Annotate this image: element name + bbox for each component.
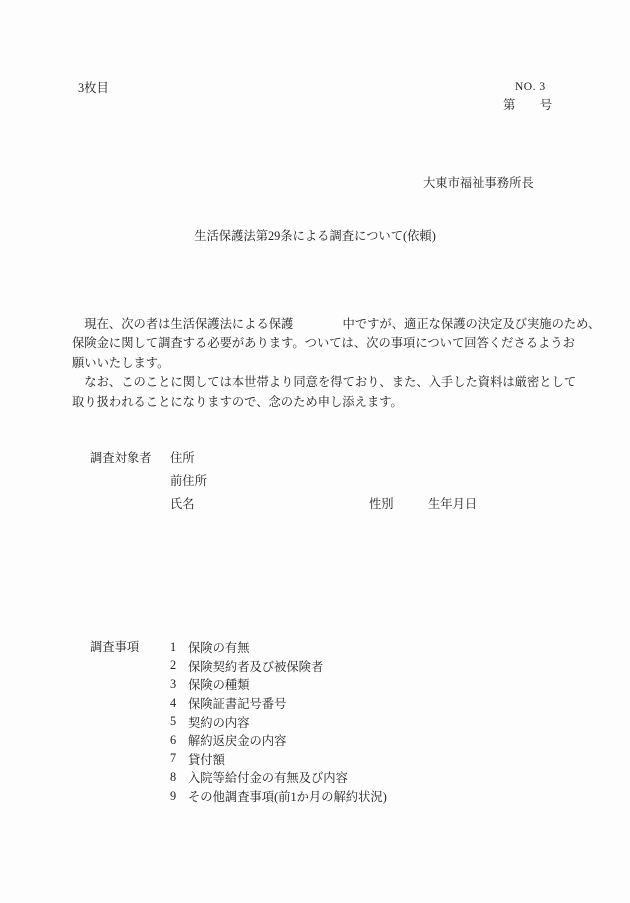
item-text: 保険証書記号番号 [188,694,286,712]
item-number: 2 [170,658,188,673]
subject-previous-address-label: 前住所 [170,474,207,488]
item-text: 入院等給付金の有無及び内容 [188,768,348,786]
item-number: 7 [170,751,188,766]
item-number: 8 [170,770,188,785]
subject-address-label: 住所 [170,451,195,465]
sheet-number-label: 3枚目 [78,81,109,95]
item-text: 貸付額 [188,750,225,768]
list-item: 4 保険証書記号番号 [170,694,387,713]
item-number: 9 [170,789,188,804]
recipient-line: 大東市福祉事務所長 [423,176,534,190]
subject-section-label: 調査対象者 [90,451,152,465]
item-text: 契約の内容 [188,713,250,731]
doc-no-label: NO. 3 [515,81,546,94]
list-item: 2 保険契約者及び被保険者 [170,657,387,676]
item-text: 保険の有無 [188,638,250,656]
list-item: 9 その他調査事項(前1か月の解約状況) [170,787,387,806]
item-text: その他調査事項(前1か月の解約状況) [188,787,387,805]
subject-name-label: 氏名 [170,497,195,511]
document-number-line: 第 号 [503,98,552,112]
document-title: 生活保護法第29条による調査について(依頼) [0,229,630,243]
item-number: 5 [170,714,188,729]
item-number: 3 [170,677,188,692]
item-number: 6 [170,733,188,748]
list-item: 7 貸付額 [170,750,387,769]
item-number: 1 [170,640,188,655]
body-line: なお、このことに関しては本世帯より同意を得ており、また、入手した資料は厳密として [72,373,602,392]
item-number: 4 [170,696,188,711]
body-line: 保険金に関して調査する必要があります。ついては、次の事項について回答くださるよう… [72,334,602,353]
body-paragraph: 現在、次の者は生活保護法による保護 中ですが、適正な保護の決定及び実施のため、 … [72,315,602,412]
body-line: 願いいたします。 [72,354,602,373]
item-text: 保険契約者及び被保険者 [188,657,323,675]
item-text: 解約返戻金の内容 [188,731,286,749]
list-item: 5 契約の内容 [170,712,387,731]
list-item: 8 入院等給付金の有無及び内容 [170,768,387,787]
subject-birthdate-label: 生年月日 [428,497,477,511]
subject-sex-label: 性別 [369,497,394,511]
items-list: 1 保険の有無 2 保険契約者及び被保険者 3 保険の種類 4 保険証書記号番号… [170,638,387,805]
list-item: 6 解約返戻金の内容 [170,731,387,750]
body-line: 取り扱われることになりますので、念のため申し添えます。 [72,393,602,412]
body-line: 現在、次の者は生活保護法による保護 中ですが、適正な保護の決定及び実施のため、 [72,315,602,334]
document-page: 3枚目 NO. 3 第 号 大東市福祉事務所長 生活保護法第29条による調査につ… [0,0,630,903]
list-item: 1 保険の有無 [170,638,387,657]
item-text: 保険の種類 [188,675,250,693]
items-section-label: 調査事項 [90,640,139,654]
list-item: 3 保険の種類 [170,675,387,694]
